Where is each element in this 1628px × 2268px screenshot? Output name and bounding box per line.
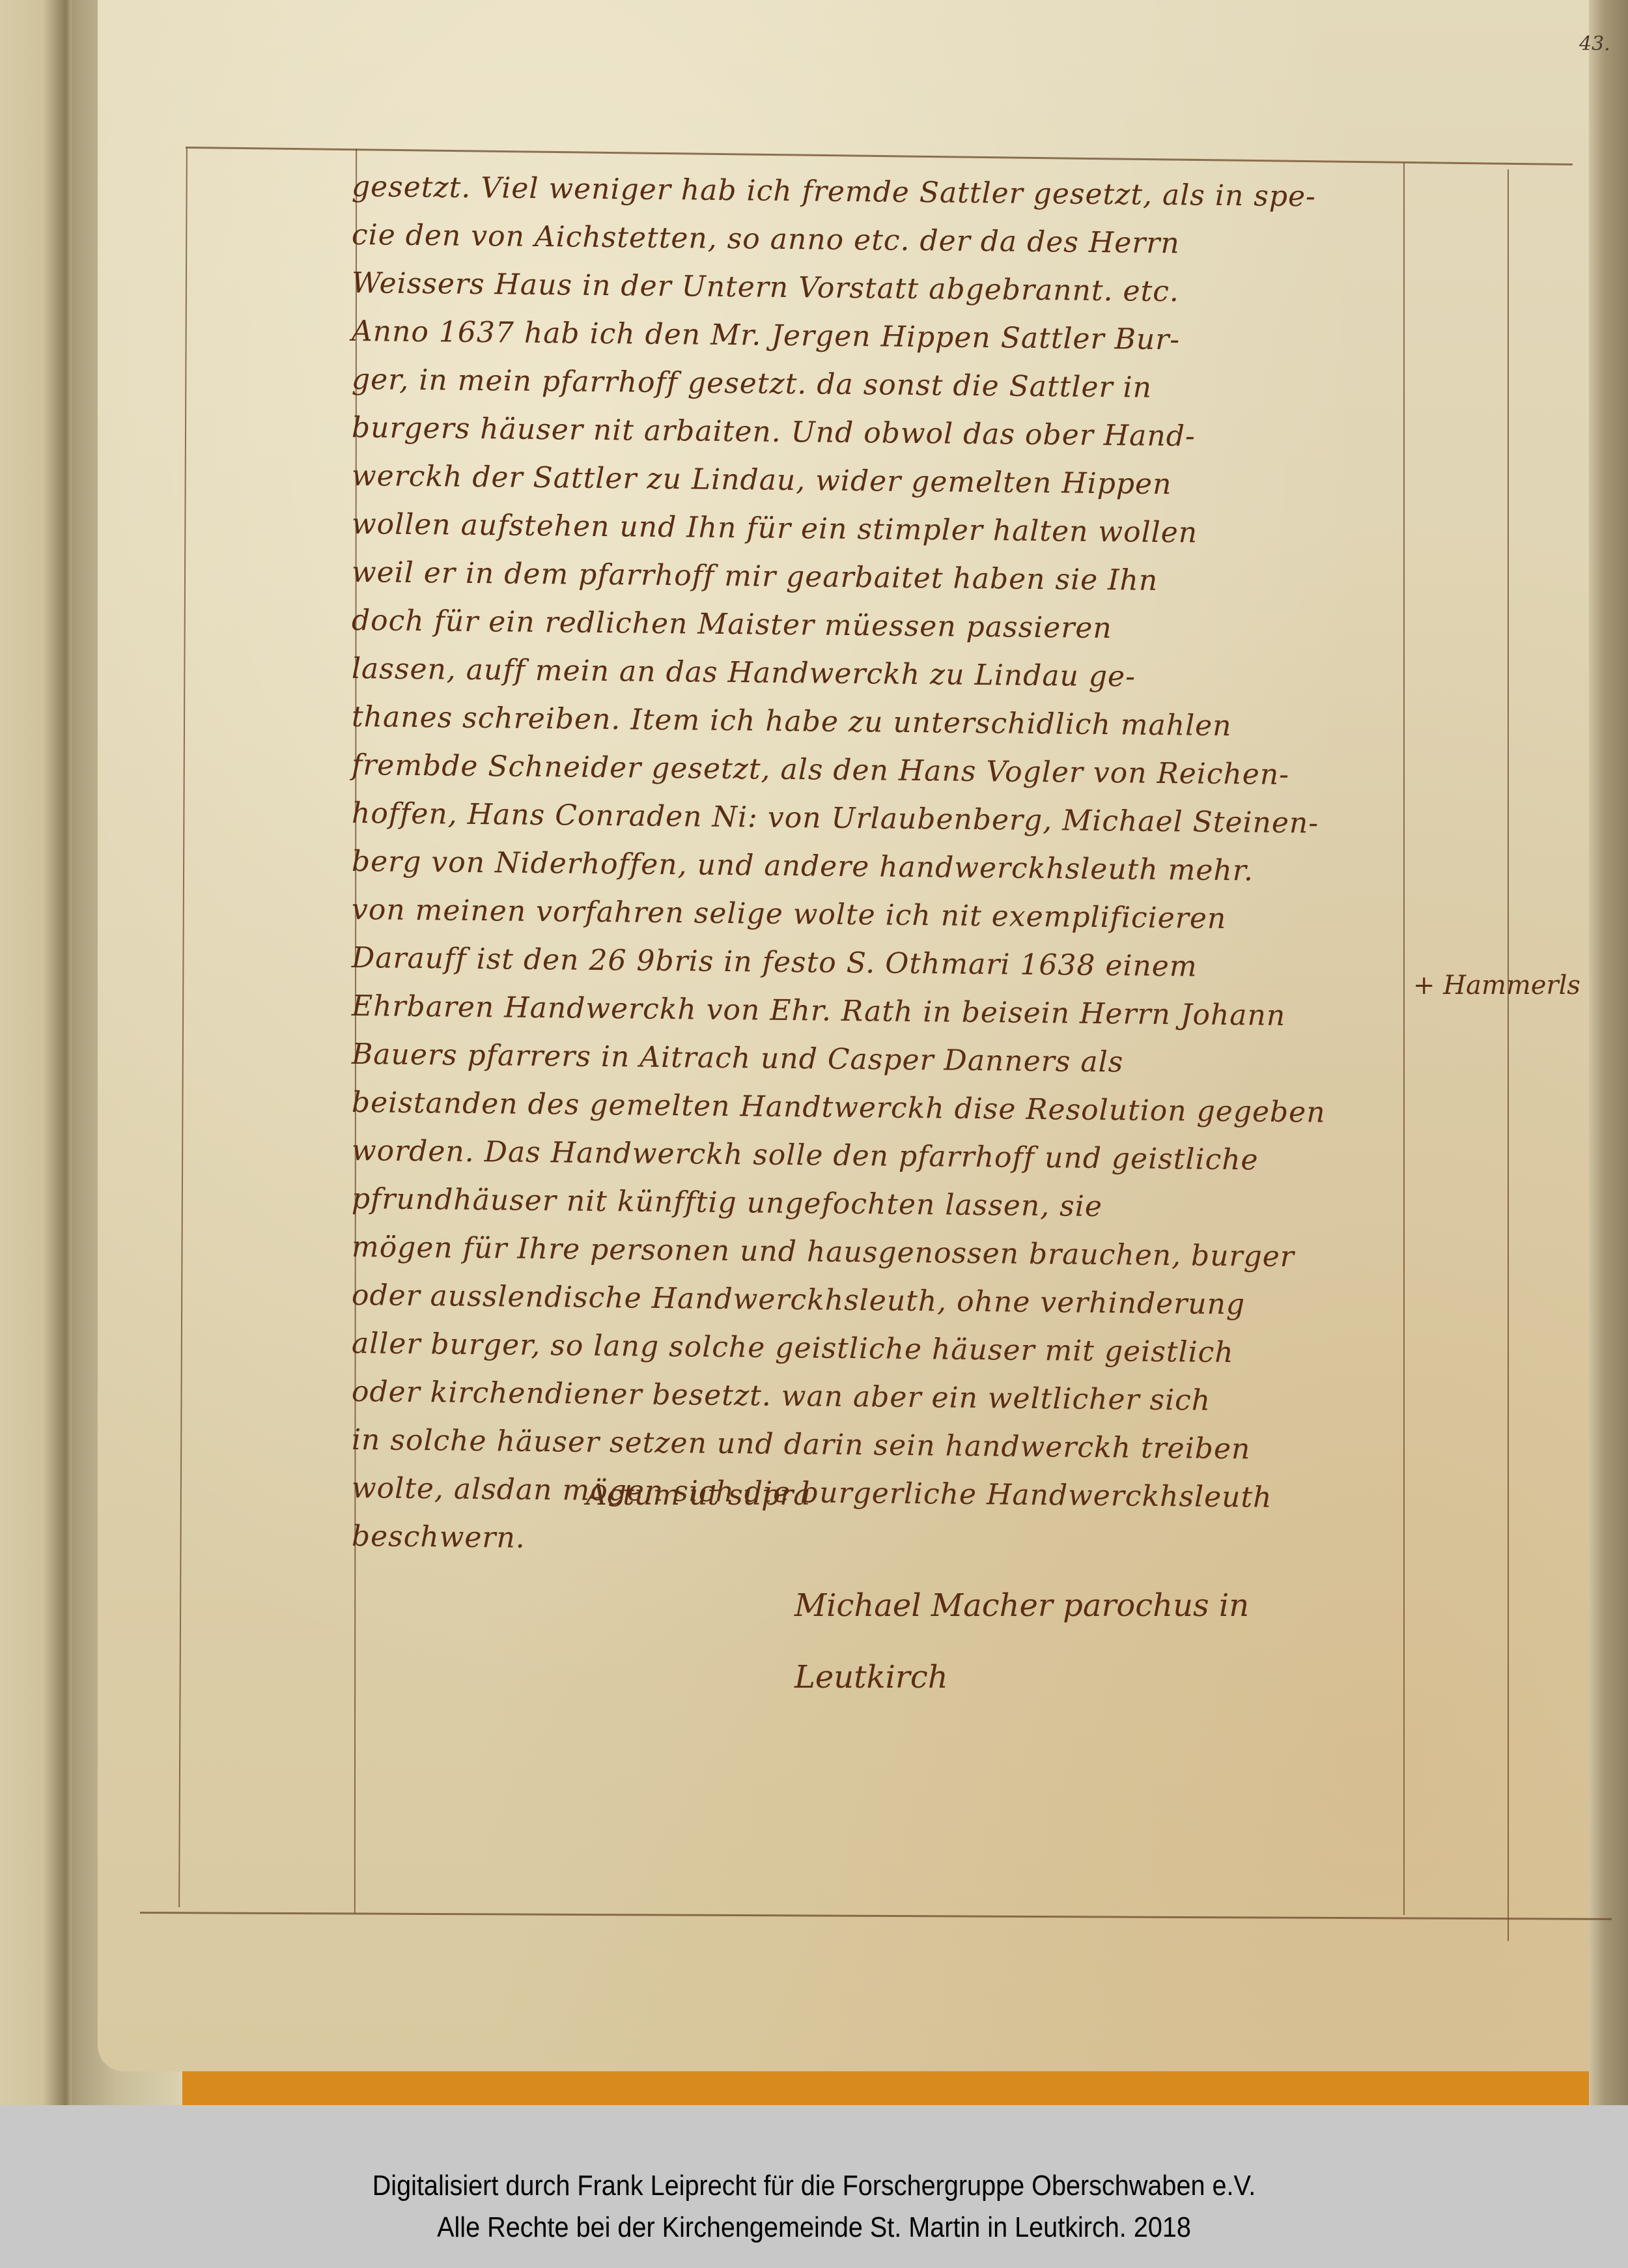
digitization-credit: Digitalisiert durch Frank Leiprecht für … — [81, 2165, 1547, 2207]
rights-notice: Alle Rechte bei der Kirchengemeinde St. … — [81, 2207, 1547, 2248]
ruled-line-right-outer — [1508, 169, 1509, 1941]
handwritten-text-block: gesetzt. Viel weniger hab ich fremde Sat… — [352, 163, 1459, 1561]
margin-annotation: + Hammerls — [1413, 971, 1580, 1000]
signature-place: Leutkirch — [794, 1641, 1249, 1713]
caption-band: Digitalisiert durch Frank Leiprecht für … — [0, 2105, 1628, 2268]
signature-block: Michael Macher parochus in Leutkirch — [794, 1570, 1249, 1713]
manuscript-photo: 43. gesetzt. Viel weniger hab ich fremde… — [0, 0, 1628, 2105]
closing-formula: Actum ut supra — [586, 1479, 811, 1512]
folio-number: 43. — [1579, 33, 1610, 55]
signature-line: Michael Macher parochus in — [794, 1570, 1249, 1641]
page-stack-edge — [1589, 0, 1628, 2105]
left-page-edge — [0, 0, 72, 2105]
